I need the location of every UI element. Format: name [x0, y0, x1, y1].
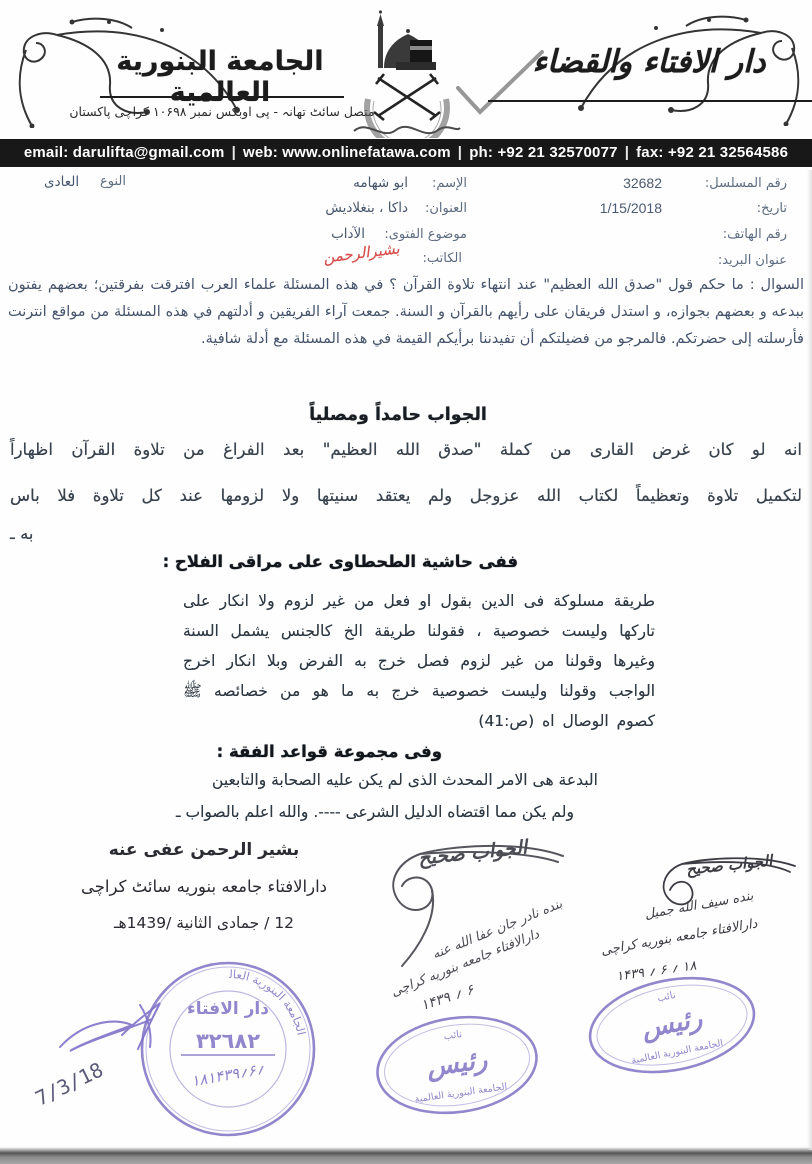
question-text: السوال : ما حكم قول "صدق الله العظيم" عن… — [8, 272, 804, 353]
reference1-text: طريقة مسلوكة فى الدين بقول او فعل من غير… — [183, 586, 655, 736]
scan-bottom-edge — [0, 1147, 812, 1164]
reference2-heading: وفى مجموعة قواعد الفقة : — [217, 742, 442, 761]
left-title-underline — [100, 96, 344, 98]
contact-divider: | — [618, 144, 636, 161]
mail-label: عنوان البريد: — [718, 253, 787, 268]
mufti-org: دارالافتاء جامعه بنوريه سائٹ کراچی — [68, 877, 340, 896]
oval-stamp-left: نائب رئيس الجامعة البنورية العالمية — [365, 1001, 548, 1130]
oval-left-center-text: رئيس — [424, 1045, 490, 1083]
date-value: 1/15/2018 — [600, 200, 662, 216]
contact-bar: email: darulifta@gmail.com|web: www.onli… — [0, 139, 812, 167]
reference2-line2: ولم يكن مما اقتضاه الدليل الشرعى ----. و… — [160, 796, 590, 828]
signature-scribble — [52, 995, 167, 1067]
right-title-underline — [488, 100, 812, 102]
contact-email: email: darulifta@gmail.com — [24, 144, 225, 161]
mufti-signature-block: بشير الرحمن عفى عنه دارالافتاء جامعه بنو… — [68, 840, 340, 932]
topic-value: الآداب — [331, 226, 365, 242]
round-stamp-hand-date: ۱۸؍۶؍۱۴۳۹ — [190, 1060, 266, 1091]
contact-divider: | — [451, 144, 469, 161]
org-name-left: الجامعة البنورية العالمية — [92, 46, 348, 108]
type-value: العادى — [44, 174, 79, 190]
oval-left-top-text: نائب — [443, 1029, 463, 1042]
serial-value: 32682 — [623, 175, 662, 191]
date-label: تاريخ: — [757, 201, 787, 216]
applicant-address-value: داكا ، بنغلاديش — [325, 200, 408, 216]
mufti-name: بشير الرحمن عفى عنه — [68, 840, 340, 860]
oval-stamp-right: نائب رئيس الجامعة البنورية العالمية — [577, 959, 768, 1091]
answer-line1: انه لو كان غرض القارى من كملة "صدق الله … — [10, 440, 802, 459]
reference2-line1: البدعة هى الامر المحدث الذى لم يكن عليه … — [175, 764, 635, 796]
contact-fax: fax: +92 21 32564586 — [636, 144, 788, 161]
serial-label: رقم المسلسل: — [705, 176, 787, 191]
contact-phone: ph: +92 21 32570077 — [469, 144, 618, 161]
address-line: متصل سائٹ تھانہ - پی اوبکس نمبر ۱۰۶۹۸ کر… — [62, 104, 382, 119]
reference1-heading: ففى حاشية الطحطاوى على مراقى الفلاح : — [163, 552, 518, 571]
round-stamp-number: ٣٢٦٨٢ — [196, 1029, 260, 1053]
type-label: النوع — [100, 174, 126, 189]
oval-right-center-text: رئيس — [638, 1004, 705, 1045]
mufti-date: 12 / جمادى الثانية /1439هـ — [68, 914, 340, 932]
oval-right-top-text: نائب — [656, 990, 676, 1004]
applicant-address-label: العنوان: — [425, 201, 467, 216]
phone-label: رقم الهاتف: — [723, 227, 787, 242]
mosque-logo — [348, 4, 466, 138]
answer-line3: به ـ — [10, 524, 802, 543]
contact-divider: | — [225, 144, 243, 161]
name-label: الإسم: — [432, 176, 467, 191]
approval-right-line2: دارالافتاء جامعه بنوريه کراچی — [600, 916, 759, 958]
answer-heading: الجواب حامداً ومصلياً — [0, 405, 796, 425]
round-stamp-title: دار الافتاء — [187, 999, 269, 1019]
writer-label: الكاتب: — [423, 251, 462, 266]
scan-right-edge — [807, 170, 812, 1150]
fatwa-scan-page: { "header": { "org_right": "دار الافتاء … — [0, 0, 812, 1164]
writer-signature: بشيرالرحمن — [322, 239, 400, 266]
org-name-right: دار الافتاء والقضاء — [496, 44, 802, 80]
oval-left-ring-text: الجامعة البنورية العالمية — [414, 1081, 508, 1105]
contact-web: web: www.onlinefatawa.com — [243, 144, 451, 161]
name-value: ابو شهامه — [353, 175, 408, 191]
answer-line2: لتكميل تلاوة وتعظيماً لكتاب الله عزوجل و… — [10, 486, 802, 505]
